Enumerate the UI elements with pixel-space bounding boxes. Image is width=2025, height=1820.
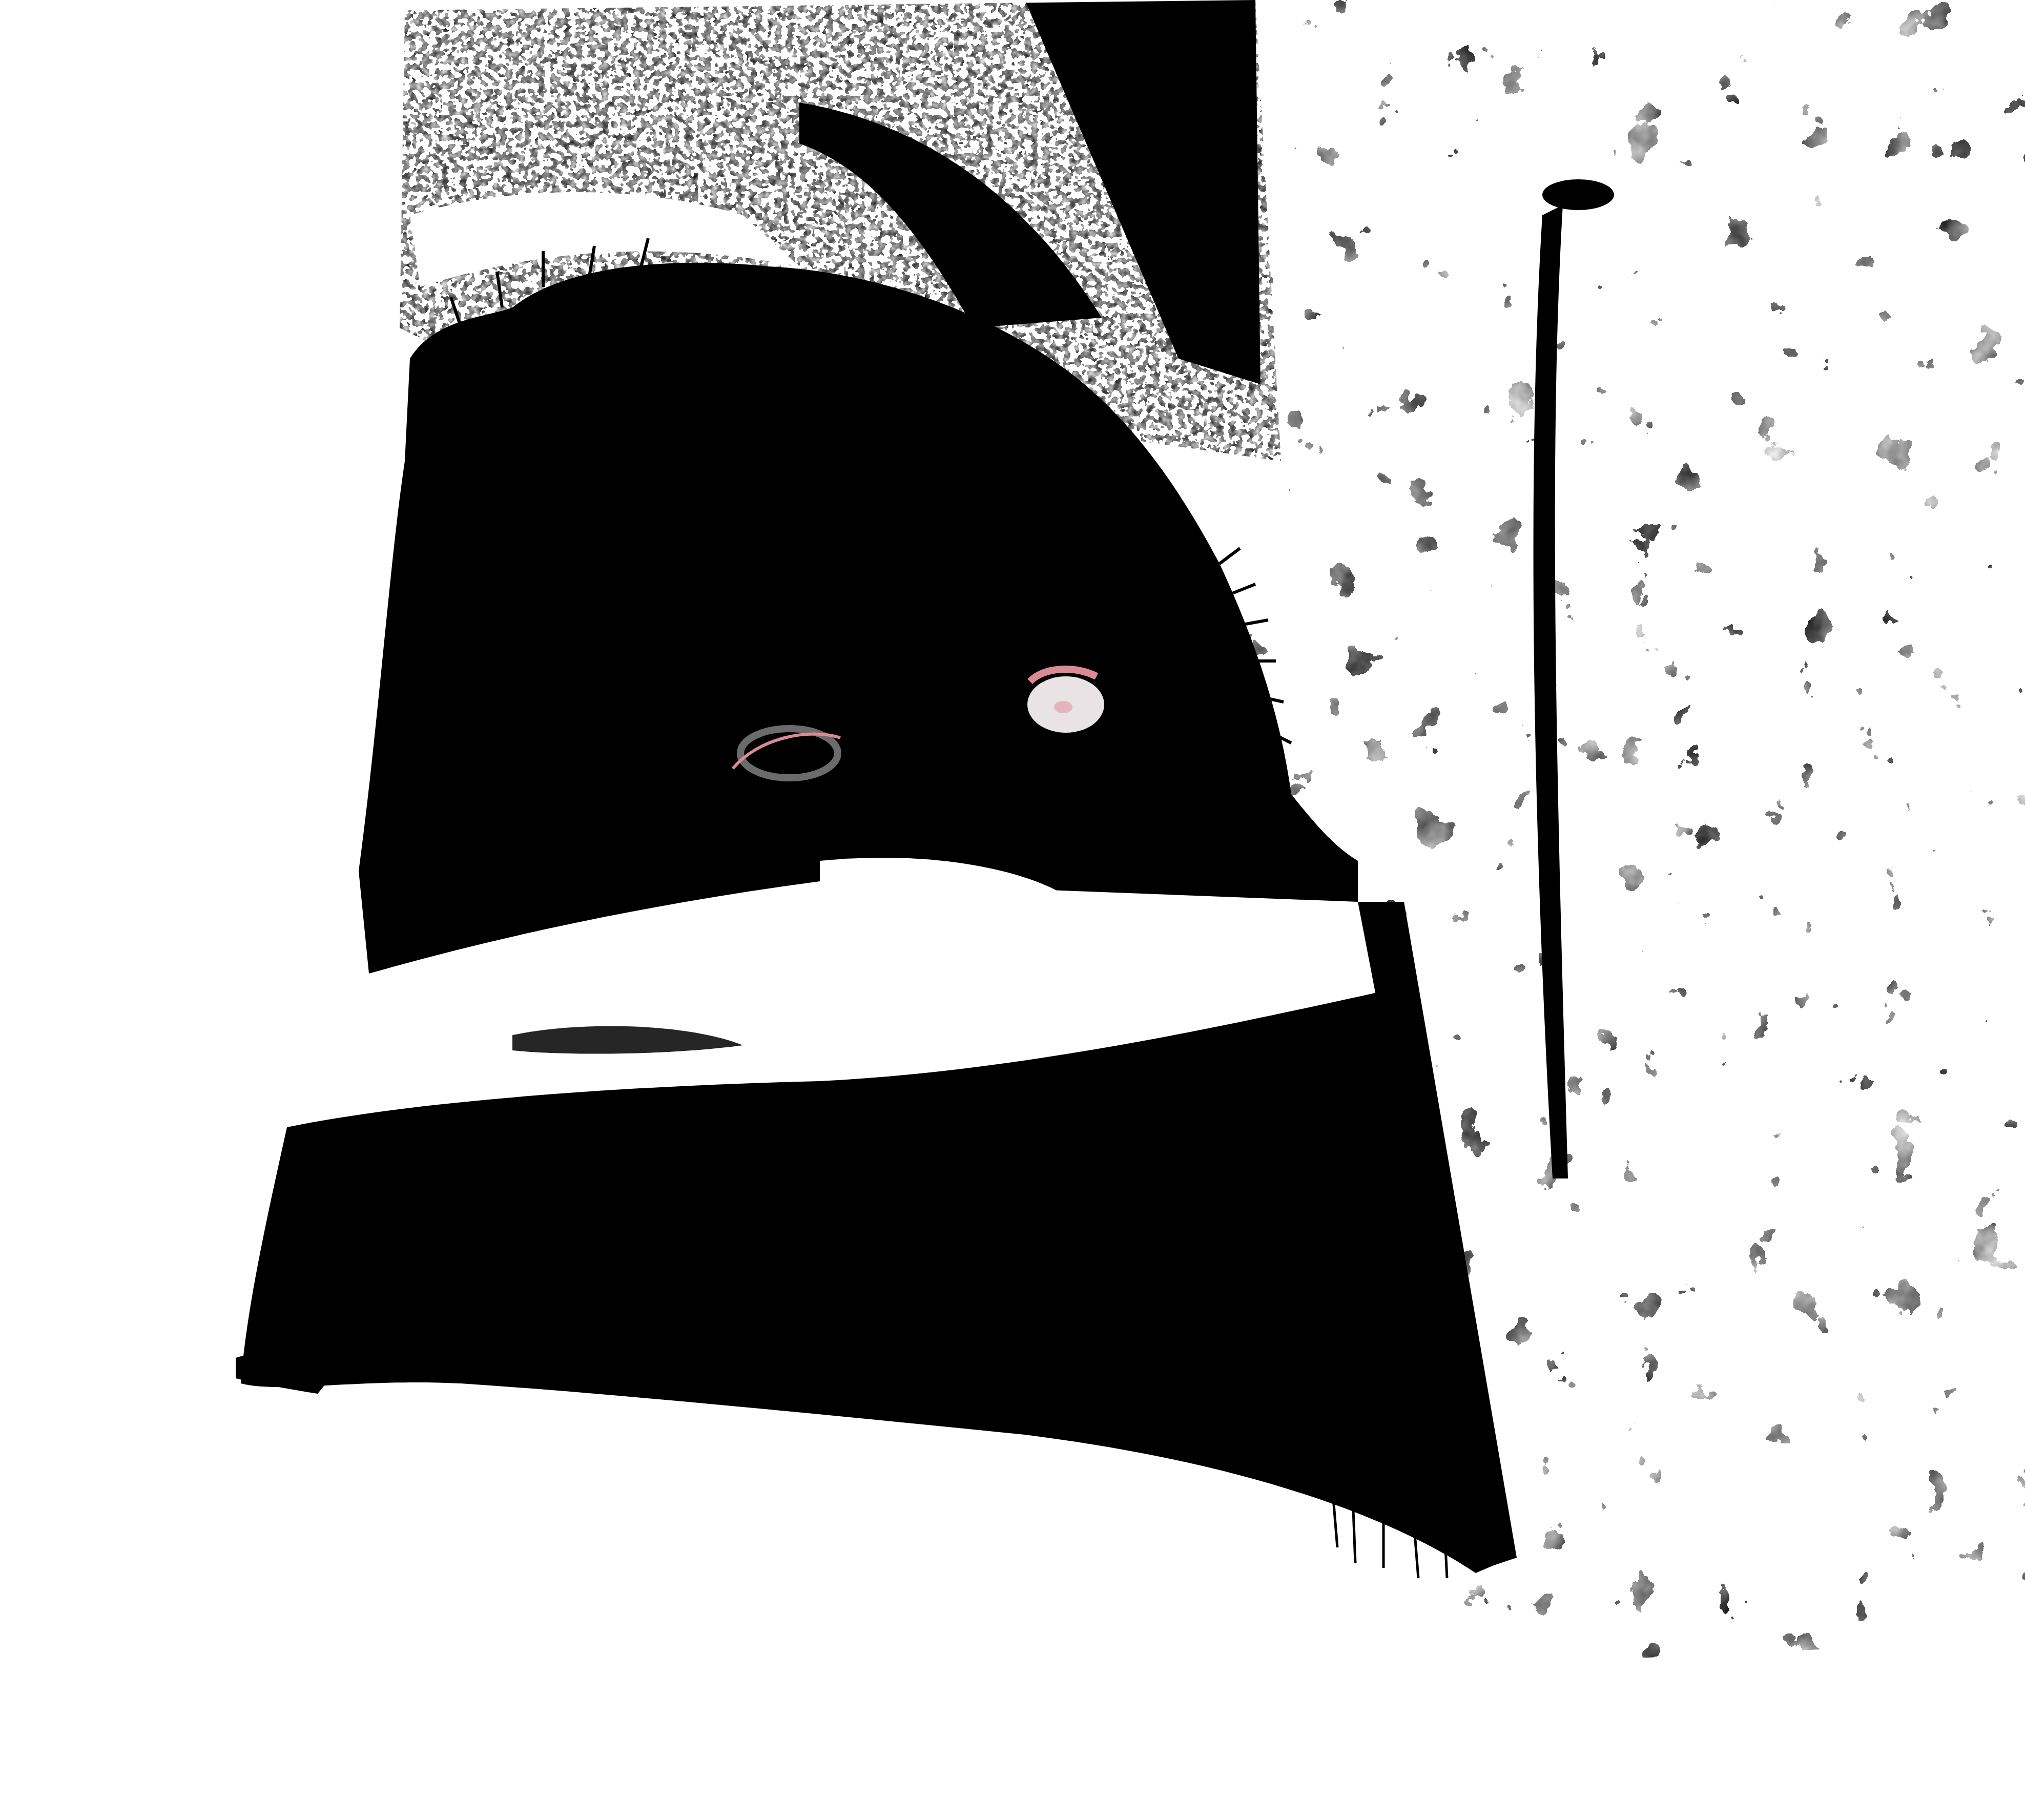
photo-scene bbox=[0, 0, 2025, 1820]
